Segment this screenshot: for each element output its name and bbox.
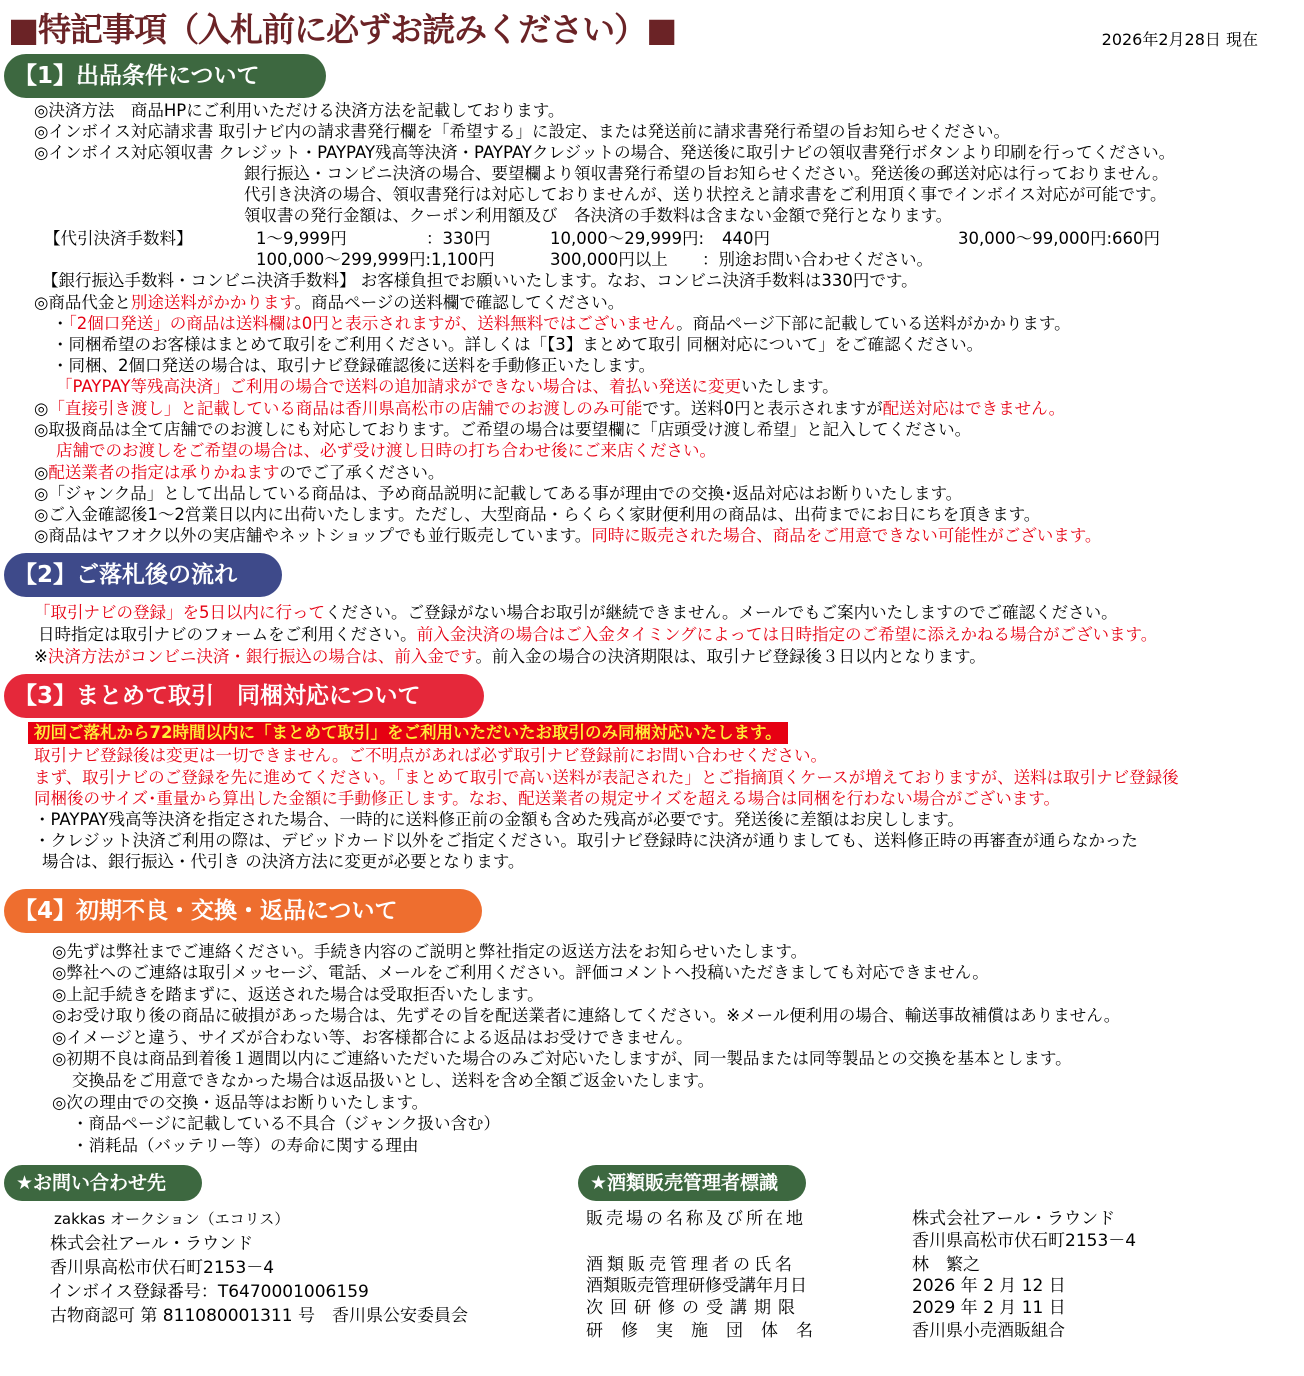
- liquor-label: 酒類販売管理研修受講年月日: [586, 1275, 807, 1298]
- returns-line: ◎次の理由での交換・返品等はお断りいたします。: [52, 1092, 428, 1113]
- returns-line: ・消耗品（バッテリー等）の寿命に関する理由: [72, 1135, 419, 1156]
- bundle-credit-line: ・クレジット決済ご利用の際は、デビッドカード以外をご指定ください。取引ナビ登録時…: [34, 830, 1138, 851]
- liquor-label: 研修実施団体名: [586, 1320, 831, 1343]
- cod-fee-tier: 1〜9,999円: [256, 228, 347, 249]
- bundle-paypay-line: ・PAYPAY残高等決済を指定された場合、一時的に送料修正前の金額も含めた残高が…: [34, 809, 964, 830]
- liquor-value: 香川県高松市伏石町2153－4: [912, 1230, 1136, 1253]
- page-title: ■特記事項（入札前に必ずお読みください）■: [8, 4, 676, 51]
- as-of-date: 2026年2月28日 現在: [1102, 27, 1258, 50]
- invoice-number: インボイス登録番号：T6470001006159: [48, 1281, 369, 1304]
- antique-license: 古物商認可 第 811080001311 号 香川県公安委員会: [50, 1305, 468, 1328]
- section-header-after-bid: 【2】ご落札後の流れ: [4, 553, 282, 597]
- returns-line: ◎先ずは弊社までご連絡ください。手続き内容のご説明と弊社指定の返送方法をお知らせ…: [52, 941, 807, 962]
- liquor-value: 2029 年 2 月 11 日: [912, 1297, 1066, 1320]
- liquor-label: 販売場の名称及び所在地: [586, 1208, 806, 1231]
- bundle-note-2: まず、取引ナビのご登録を先に進めてください。「まとめて取引で高い送料が表記された…: [34, 767, 1179, 788]
- cod-fee-amount: ：別途お問い合わせください。: [702, 249, 933, 270]
- direct-handover-line: ◎「直接引き渡し」と記載している商品は香川県高松市の店舗でのお渡しのみ可能です。…: [34, 398, 1065, 419]
- receipt-bank-line: 銀行振込・コンビニ決済の場合、要望欄より領収書発行希望の旨お知らせください。発送…: [244, 163, 1169, 184]
- liquor-value: 2026 年 2 月 12 日: [912, 1275, 1066, 1298]
- returns-line: ◎上記手続きを踏まずに、返送された場合は受取拒否いたします。: [52, 984, 544, 1005]
- parallel-sale-line: ◎商品はヤフオク以外の実店舗やネットショップでも並行販売しています。同時に販売さ…: [34, 525, 1101, 546]
- shipment-line: ◎ご入金確認後1〜2営業日以内に出荷いたします。ただし、大型商品・らくらく家財便…: [34, 504, 1040, 525]
- prepayment-line: ※決済方法がコンビニ決済・銀行振込の場合は、前入金です。前入金の場合の決済期限は…: [34, 646, 986, 667]
- invoice-line: ◎インボイス対応請求書 取引ナビ内の請求書発行欄を「希望する」に設定、または発送…: [34, 121, 1010, 142]
- register-line: 「取引ナビの登録」を5日以内に行ってください。ご登録がない場合お取引が継続できま…: [34, 602, 1118, 623]
- cod-fee-label: 【代引決済手数料】: [44, 228, 193, 249]
- store-pickup-line: ◎取扱商品は全て店舗でのお渡しにも対応しております。ご希望の場合は要望欄に「店頭…: [34, 419, 971, 440]
- liquor-value: 香川県小売酒販組合: [912, 1320, 1065, 1343]
- returns-line: ◎お受け取り後の商品に破損があった場合は、先ずその旨を配送業者に連絡してください…: [52, 1005, 1120, 1026]
- carrier-line: ◎配送業者の指定は承りかねますのでご了承ください。: [34, 462, 444, 483]
- liquor-label: 次回研修の受講期限: [586, 1297, 802, 1320]
- delivery-date-line: 日時指定は取引ナビのフォームをご利用ください。前入金決済の場合はご入金タイミング…: [38, 624, 1157, 645]
- company-name: 株式会社アール・ラウンド: [50, 1233, 253, 1256]
- cod-fee-amount: 440円: [722, 228, 770, 249]
- two-package-line: ・「2個口発送」の商品は送料欄は0円と表示されますが、送料無料ではございません。…: [52, 313, 1071, 334]
- returns-line: ◎弊社へのご連絡は取引メッセージ、電話、メールをご利用ください。評価コメントへ投…: [52, 962, 989, 983]
- returns-line: ・商品ページに記載している不具合（ジャンク扱い含む）: [72, 1113, 500, 1134]
- junk-line: ◎「ジャンク品」として出品している商品は、予め商品説明に記載してある事が理由での…: [34, 483, 962, 504]
- payment-method-line: ◎決済方法 商品HPにご利用いただける決済方法を記載しております。: [34, 100, 564, 121]
- contact-header: ★お問い合わせ先: [4, 1165, 202, 1201]
- bank-fee-line: 【銀行振込手数料・コンビニ決済手数料】 お客様負担でお願いいたします。なお、コン…: [42, 270, 918, 291]
- liquor-value: 林 繁之: [912, 1254, 980, 1277]
- bundle-highlight: 初回ご落札から72時間以内に「まとめて取引」をご利用いただいたお取引のみ同梱対応…: [28, 722, 788, 744]
- cod-fee-tier: 10,000〜29,999円:: [550, 228, 704, 249]
- cod-fee-tier: 100,000〜299,999円:1,100円: [256, 249, 495, 270]
- liquor-label: 酒類販売管理者の氏名: [586, 1254, 796, 1277]
- receipt-amount-line: 領収書の発行金額は、クーポン利用額及び 各決済の手数料は含まない金額で発行となり…: [244, 205, 952, 226]
- returns-line: ◎イメージと違う、サイズが合わない等、お客様都合による返品はお受けできません。: [52, 1027, 693, 1048]
- section-header-bundle: 【3】まとめて取引 同梱対応について: [4, 674, 484, 718]
- liquor-header: ★酒類販売管理者標識: [578, 1165, 806, 1201]
- receipt-cod-line: 代引き決済の場合、領収書発行は対応しておりませんが、送り状控えと請求書をご利用頂…: [244, 184, 1167, 205]
- bundle-fee-line: ・同梱、2個口発送の場合は、取引ナビ登録確認後に送料を手動修正いたします。: [52, 355, 655, 376]
- paypay-cod-line: 「PAYPAY等残高決済」ご利用の場合で送料の追加請求ができない場合は、着払い発…: [56, 376, 839, 397]
- liquor-value: 株式会社アール・ラウンド: [912, 1208, 1115, 1231]
- company-address: 香川県高松市伏石町2153－4: [50, 1257, 274, 1280]
- shop-name: zakkas オークション（エコリス）: [54, 1208, 289, 1231]
- cod-fee-tier: 30,000〜99,000円:660円: [958, 228, 1160, 249]
- receipt-line: ◎インボイス対応領収書 クレジット・PAYPAY残高等決済・PAYPAYクレジッ…: [34, 142, 1175, 163]
- bundle-note-1: 取引ナビ登録後は変更は一切できません。ご不明点があれば必ず取引ナビ登録前にお問い…: [34, 745, 827, 766]
- bundle-note-3: 同梱後のサイズ･重量から算出した金額に手動修正します。なお、配送業者の規定サイズ…: [34, 788, 1060, 809]
- shipping-fee-line: ◎商品代金と別途送料がかかります。商品ページの送料欄で確認してください。: [34, 292, 624, 313]
- cod-fee-tier: 300,000円以上: [550, 249, 668, 270]
- bundle-request-line: ・同梱希望のお客様はまとめて取引をご利用ください。詳しくは「【3】まとめて取引 …: [52, 334, 983, 355]
- section-header-listing-conditions: 【1】出品条件について: [4, 54, 326, 98]
- bundle-credit-line-2: 場合は、銀行振込・代引き の決済方法に変更が必要となります。: [42, 851, 524, 872]
- returns-line: 交換品をご用意できなかった場合は返品扱いとし、送料を含め全額ご返金いたします。: [72, 1070, 714, 1091]
- store-visit-note: 店舗でのお渡しをご希望の場合は、必ず受け渡し日時の打ち合わせ後にご来店ください。: [56, 440, 716, 461]
- cod-fee-amount: ：330円: [426, 228, 491, 249]
- returns-line: ◎初期不良は商品到着後１週間以内にご連絡いただいた場合のみご対応いたしますが、同…: [52, 1048, 1072, 1069]
- section-header-returns: 【4】初期不良・交換・返品について: [4, 889, 482, 933]
